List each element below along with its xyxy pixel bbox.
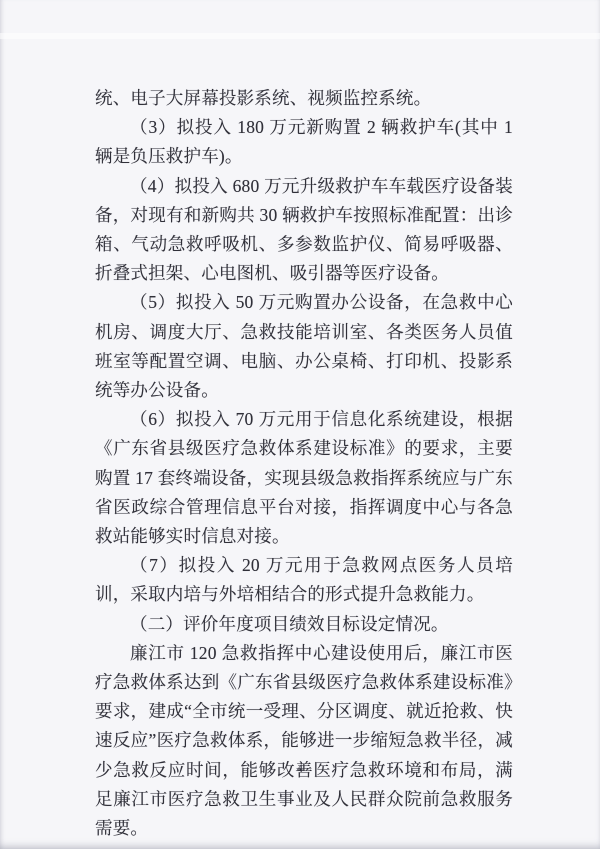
paragraph: 廉江市 120 急救指挥中心建设使用后，廉江市医疗急救体系达到《广东省县级医疗急… — [95, 639, 513, 843]
page-footer: 4 — [0, 759, 600, 777]
paragraph: （4）拟投入 680 万元升级救护车车载医疗设备装备，对现有和新购共 30 辆救… — [95, 172, 513, 289]
paragraph: （7）拟投入 20 万元用于急救网点医务人员培训，采取内培与外培相结合的形式提升… — [95, 551, 513, 609]
paragraph: （6）拟投入 70 万元用于信息化系统建设，根据《广东省县级医疗急救体系建设标准… — [95, 405, 513, 551]
scan-artifact-streak — [0, 33, 600, 39]
page-number: 4 — [297, 763, 303, 775]
paragraph: （5）拟投入 50 万元购置办公设备，在急救中心机房、调度大厅、急救技能培训室、… — [95, 288, 513, 405]
paragraph: 统、电子大屏幕投影系统、视频监控系统。 — [95, 84, 513, 113]
document-page: 统、电子大屏幕投影系统、视频监控系统。（3）拟投入 180 万元新购置 2 辆救… — [0, 0, 600, 849]
document-body: 统、电子大屏幕投影系统、视频监控系统。（3）拟投入 180 万元新购置 2 辆救… — [95, 84, 513, 843]
paragraph: （二）评价年度项目绩效目标设定情况。 — [95, 610, 513, 639]
paragraph: （3）拟投入 180 万元新购置 2 辆救护车(其中 1 辆是负压救护车)。 — [95, 113, 513, 171]
